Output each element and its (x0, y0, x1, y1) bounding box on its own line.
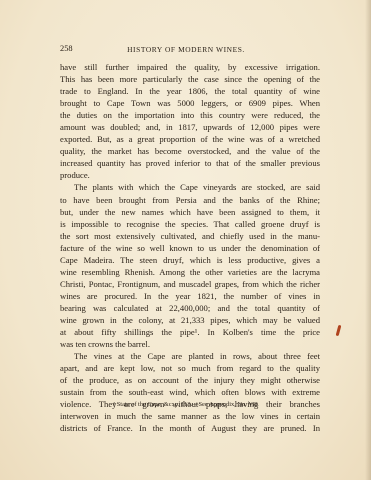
text-line: produce. (60, 169, 320, 181)
text-line: of the produce, as on account of the inj… (60, 374, 320, 386)
body-text: have still further impaired the quality,… (60, 61, 320, 434)
paper-stain (336, 325, 342, 336)
footnote: ¹ State of the Cape, &c. p. 113.—See App… (60, 401, 312, 408)
paragraph-3: The vines at the Cape are planted in row… (60, 350, 320, 434)
text-line: at about fifty shillings the pipe¹. In K… (60, 326, 320, 338)
text-line: wine resembling Rhenish. Among the other… (60, 266, 320, 278)
text-line: Cape Madeira. The steen druyf, which is … (60, 254, 320, 266)
text-line: bearing was calculated at 22,400,000; an… (60, 302, 320, 314)
text-line: but, under the new names which have been… (60, 206, 320, 218)
text-line: districts of France. In the month of Aug… (60, 422, 320, 434)
text-line: The plants with which the Cape vineyards… (60, 181, 320, 193)
text-line: sustain from the south-east wind, which … (60, 386, 320, 398)
text-line: Christi, Pontac, Frontignum, and muscade… (60, 278, 320, 290)
text-line: the duties on the importation into this … (60, 109, 320, 121)
text-line: interwoven in much the same manner as th… (60, 410, 320, 422)
text-line: facture of the wine so well known to us … (60, 242, 320, 254)
text-line: brought to Cape Town was 5000 leggers, o… (60, 97, 320, 109)
running-title: HISTORY OF MODERN WINES. (60, 45, 312, 54)
text-line: quality, the market has become overstock… (60, 145, 320, 157)
text-line: amount was doubled; and, in 1817, upward… (60, 121, 320, 133)
text-line: wines are procured. In the year 1821, th… (60, 290, 320, 302)
paragraph-1: have still further impaired the quality,… (60, 61, 320, 181)
page-edge-shadow (365, 0, 371, 480)
text-line: exported. But, as a great proportion of … (60, 133, 320, 145)
page-header: 258 HISTORY OF MODERN WINES. (60, 44, 312, 56)
paragraph-2: The plants with which the Cape vineyards… (60, 181, 320, 350)
text-line: wine grown in the colony, at 21,333 pipe… (60, 314, 320, 326)
text-line: This has been more particularly the case… (60, 73, 320, 85)
text-line: trade to England. In the year 1806, the … (60, 85, 320, 97)
text-line: have still further impaired the quality,… (60, 61, 320, 73)
text-line: the sort most extensively cultivated, an… (60, 230, 320, 242)
text-line: The vines at the Cape are planted in row… (60, 350, 320, 362)
text-line: apart, and are kept low, not so much fro… (60, 362, 320, 374)
text-line: is impossible to recognise the species. … (60, 218, 320, 230)
text-line: to have been brought from Persia and the… (60, 194, 320, 206)
text-line: was ten crowns the barrel. (60, 338, 320, 350)
text-line: increased quantity has proved inferior t… (60, 157, 320, 169)
